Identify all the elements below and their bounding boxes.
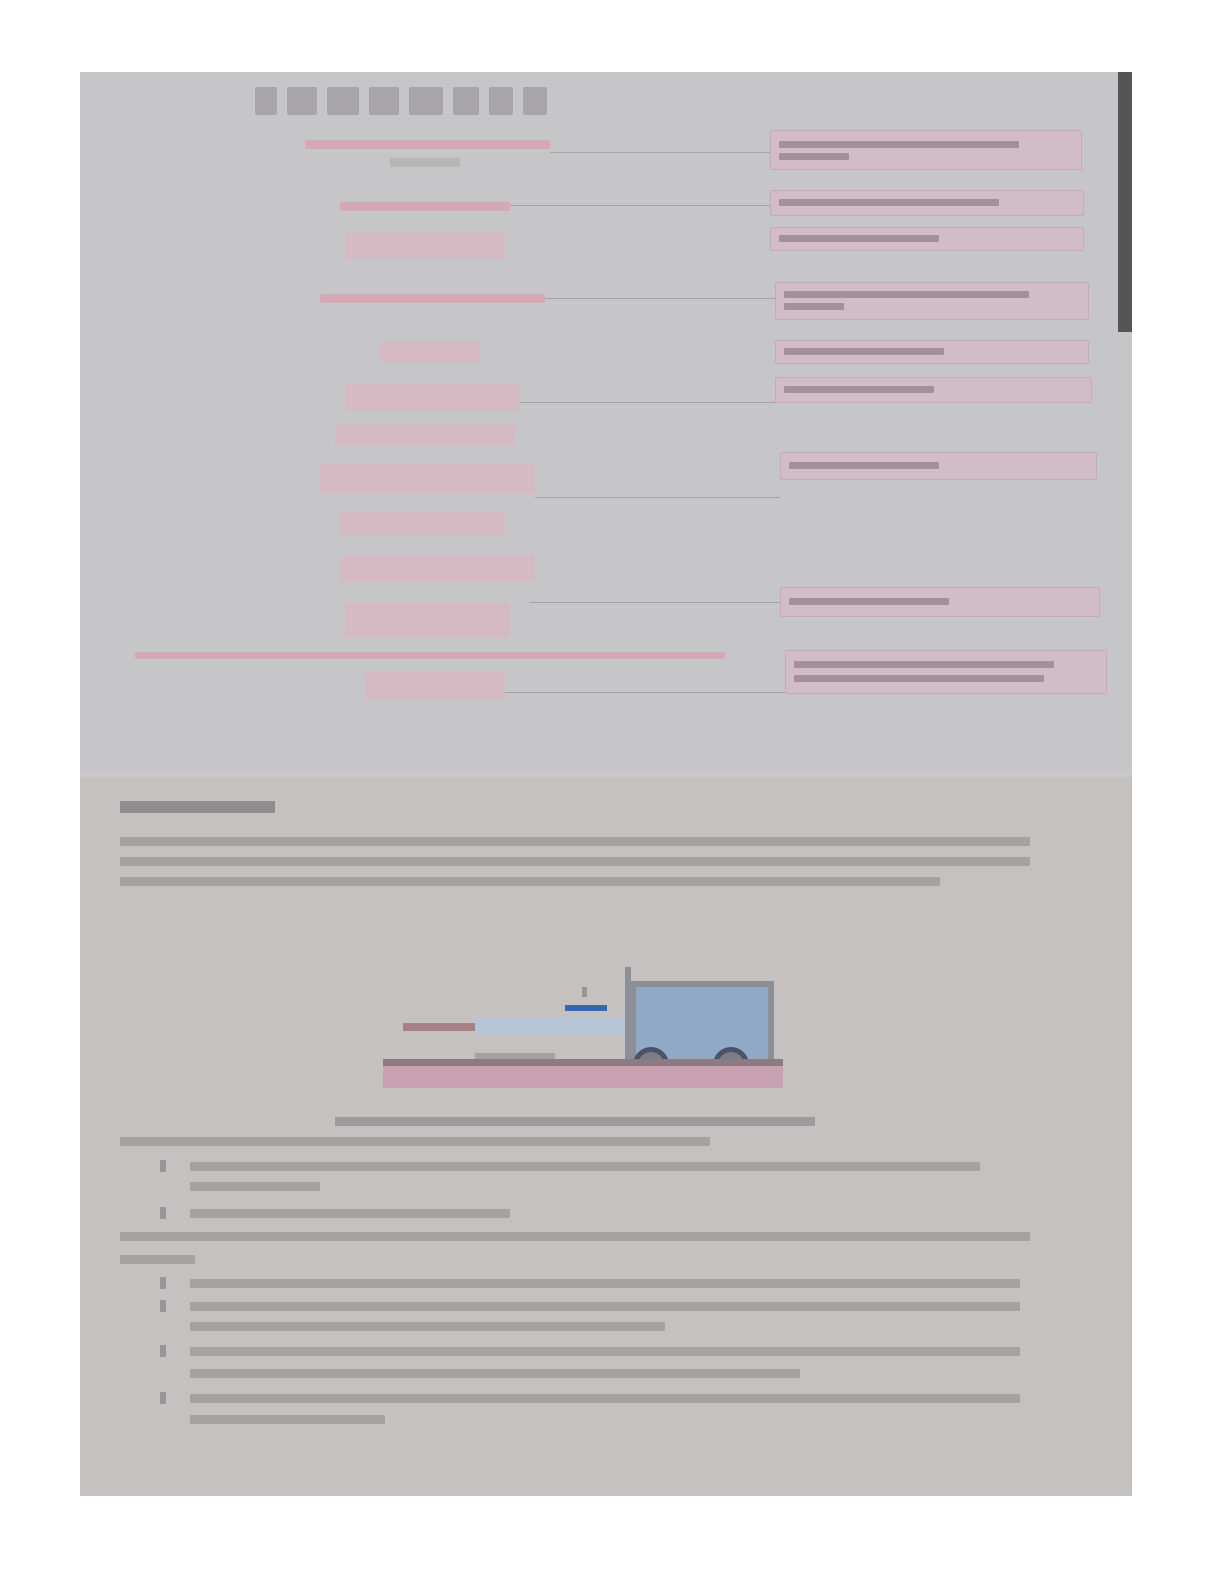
paragraph-line xyxy=(120,857,1030,866)
leader-line xyxy=(510,205,770,206)
water-jet-cart-diagram xyxy=(375,957,795,1127)
list-marker xyxy=(160,1392,166,1404)
pink-heading-3 xyxy=(320,294,545,303)
comment-box xyxy=(780,587,1100,617)
problem-statement-section xyxy=(80,777,1132,1496)
transition-paragraph xyxy=(120,1232,1030,1241)
annotated-solution-section xyxy=(80,72,1132,772)
section-heading xyxy=(120,801,275,813)
equation-line xyxy=(345,602,510,638)
comment-box xyxy=(775,377,1092,403)
question-item xyxy=(190,1369,800,1378)
comment-box xyxy=(770,130,1082,170)
list-marker xyxy=(160,1207,166,1219)
pink-heading-1 xyxy=(305,140,550,149)
comment-box xyxy=(775,340,1089,364)
question-item xyxy=(190,1347,1020,1356)
question-item xyxy=(190,1162,980,1171)
question-item xyxy=(190,1415,385,1424)
list-marker xyxy=(160,1300,166,1312)
question-intro xyxy=(120,1137,710,1146)
question-item xyxy=(190,1279,1020,1288)
equation-block xyxy=(345,232,505,258)
question-item xyxy=(190,1394,1020,1403)
list-marker xyxy=(160,1160,166,1172)
question-item xyxy=(190,1182,320,1191)
nozzle xyxy=(403,1023,483,1031)
diagram-caption xyxy=(335,1117,815,1126)
list-marker xyxy=(160,1277,166,1289)
velocity-arrow xyxy=(565,1005,607,1011)
velocity-label xyxy=(582,987,587,997)
equation-line xyxy=(320,464,535,494)
question-item xyxy=(190,1322,665,1331)
comment-box xyxy=(770,190,1084,216)
equation-line xyxy=(340,556,535,582)
paragraph-line xyxy=(120,877,940,886)
paragraph-line xyxy=(120,837,1030,846)
equation-line xyxy=(365,672,505,700)
document-page xyxy=(80,72,1132,1496)
track xyxy=(383,1059,783,1088)
question-item xyxy=(190,1209,510,1218)
equation-line xyxy=(340,512,505,536)
water-jet xyxy=(475,1017,625,1035)
question-item xyxy=(190,1302,1020,1311)
pink-heading-4 xyxy=(135,652,725,659)
equation-line xyxy=(390,158,460,167)
leader-line xyxy=(545,298,775,299)
pink-heading-2 xyxy=(340,202,510,211)
leader-line xyxy=(520,402,780,403)
equation-line xyxy=(335,424,515,446)
header-equation xyxy=(255,84,610,118)
leader-line xyxy=(530,602,780,603)
leader-line xyxy=(550,152,770,153)
comment-box xyxy=(775,282,1089,320)
comment-box xyxy=(780,452,1097,480)
leader-line xyxy=(535,497,780,498)
binder-edge xyxy=(1118,72,1132,332)
leader-line xyxy=(505,692,785,693)
transition-paragraph xyxy=(120,1255,195,1264)
list-marker xyxy=(160,1345,166,1357)
comment-box xyxy=(770,227,1084,251)
equation-line xyxy=(380,342,480,362)
equation-line xyxy=(345,384,520,410)
comment-box xyxy=(785,650,1107,694)
